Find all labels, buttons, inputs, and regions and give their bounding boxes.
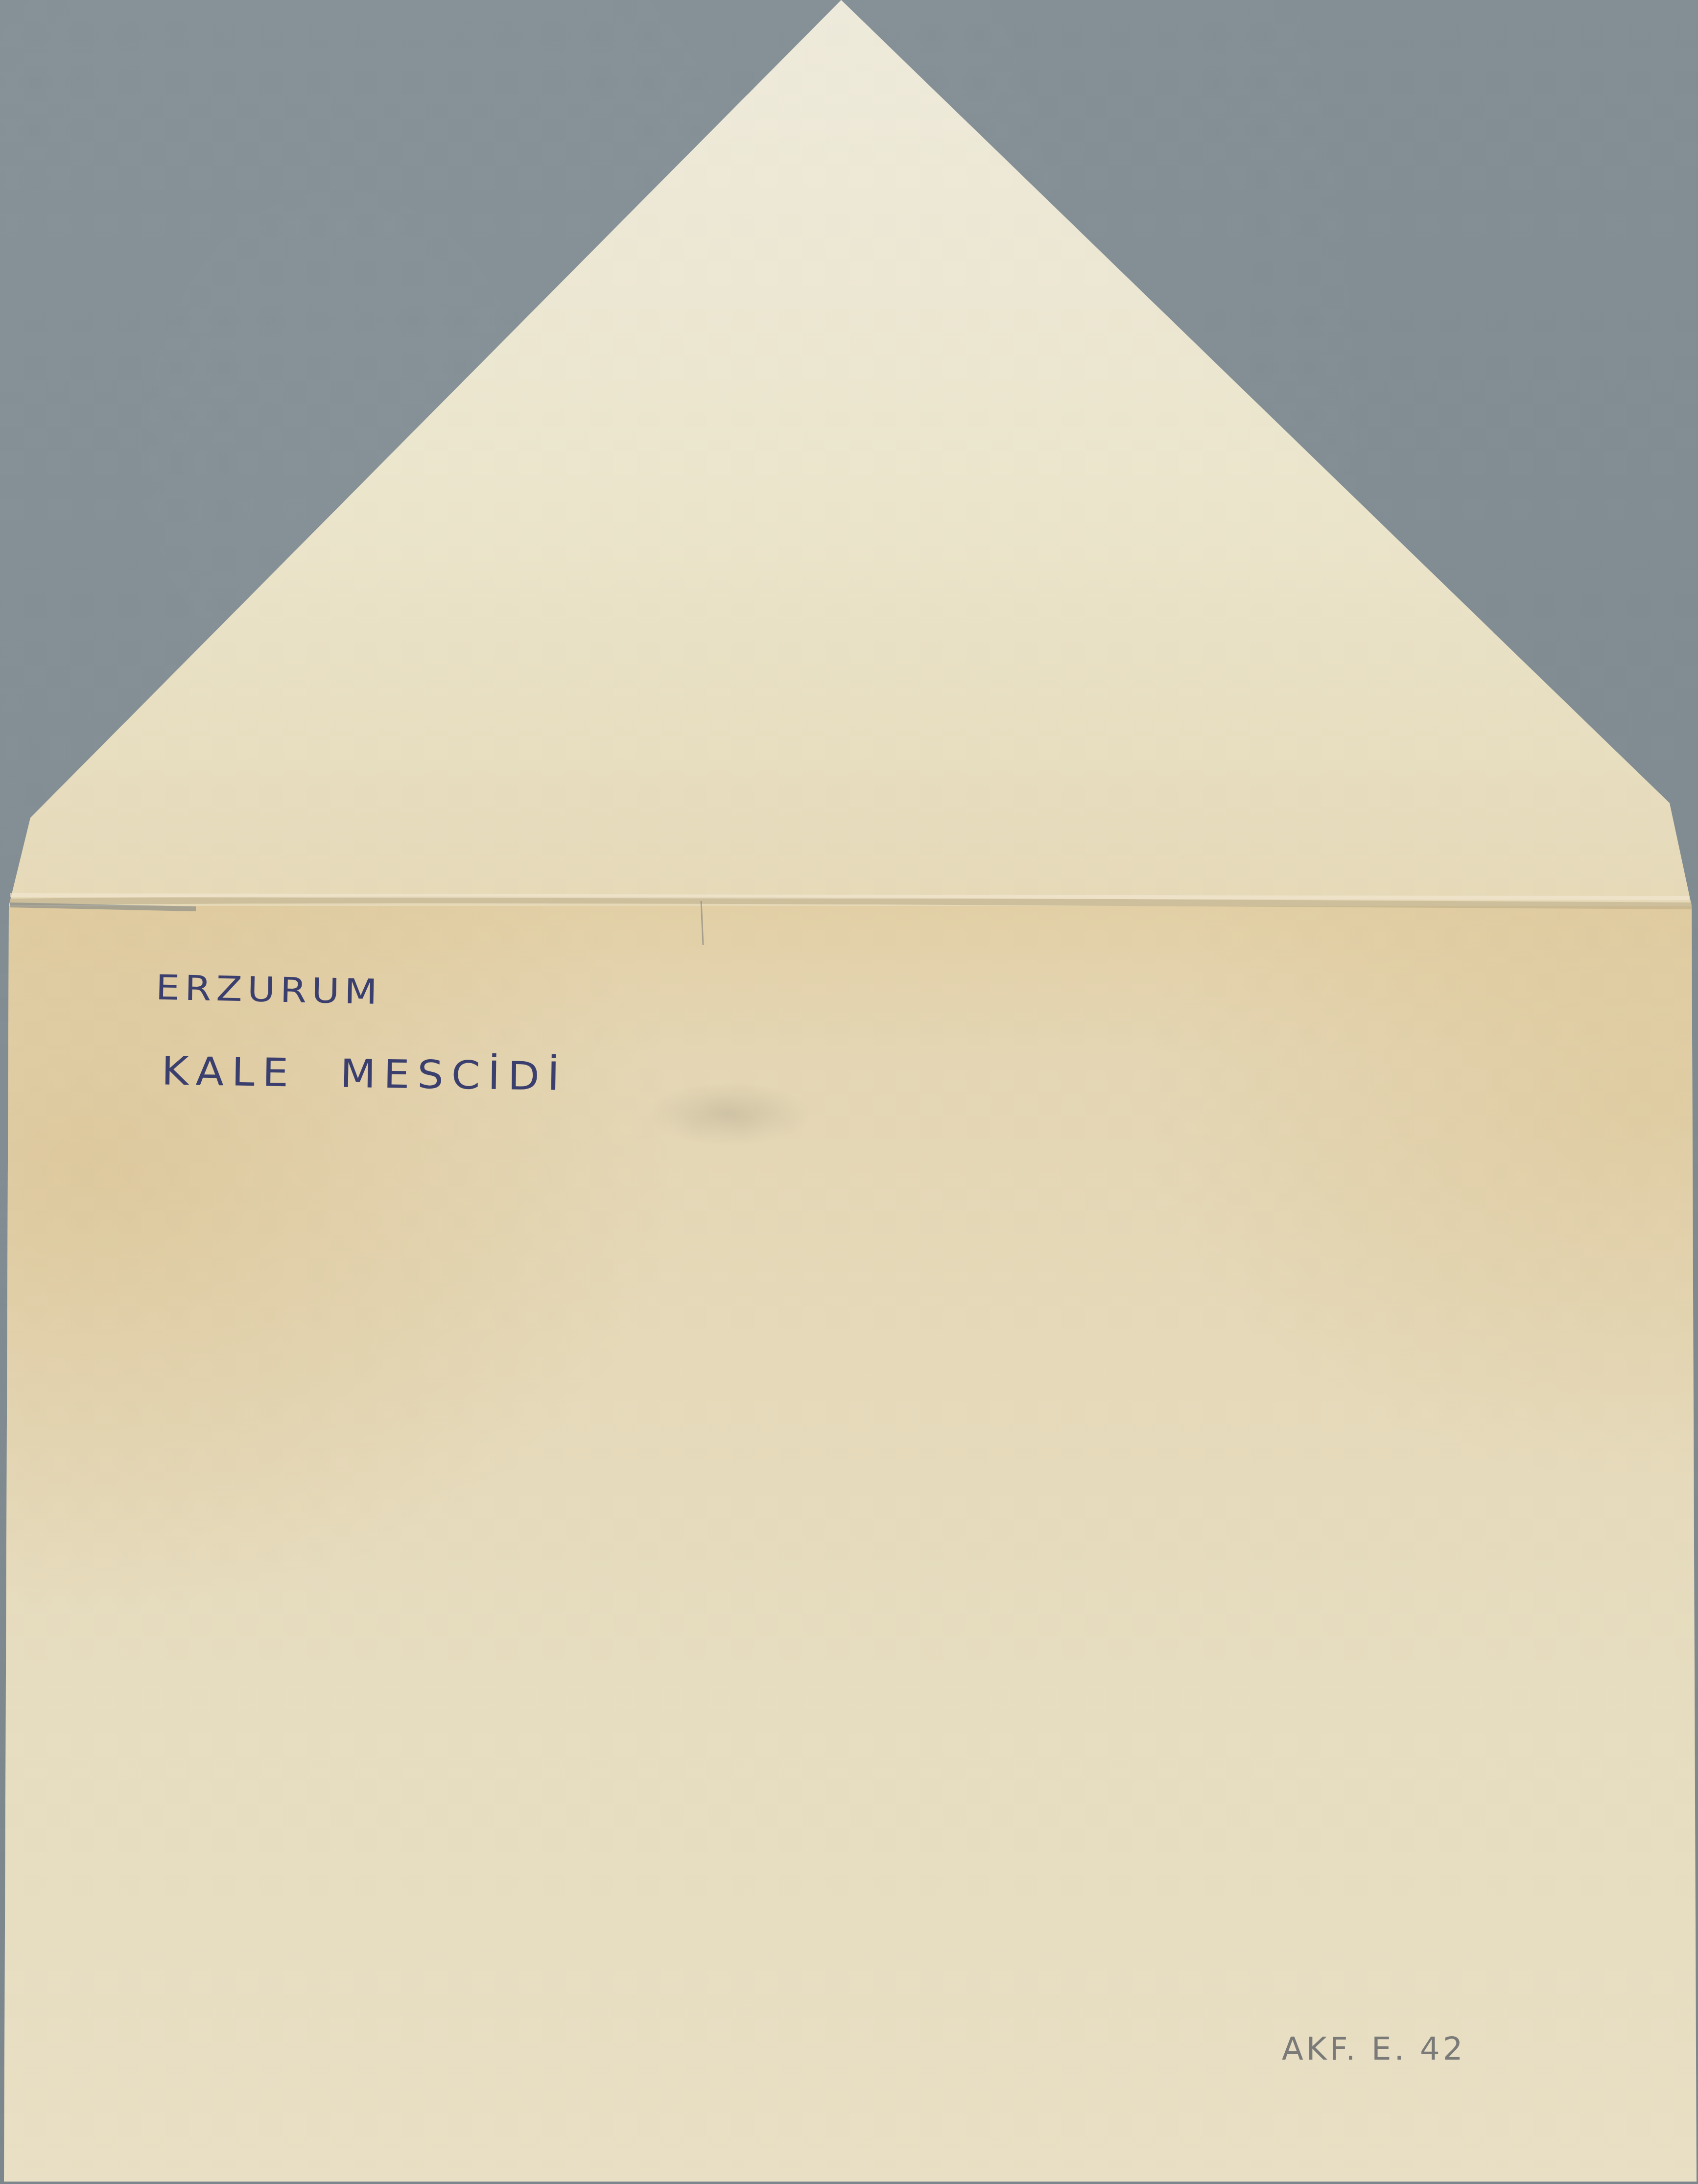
archive-reference-code: AKF. E. 42 (1282, 2031, 1466, 2067)
envelope: ERZURUM KALEMESCİDİ AKF. E. 42 (0, 0, 1698, 2184)
handwritten-title-word1: KALE (161, 1048, 296, 1095)
handwritten-location: ERZURUM (155, 968, 382, 1013)
handwritten-title-word2: MESCİDİ (340, 1051, 567, 1100)
envelope-flap (9, 0, 1692, 906)
handwritten-title: KALEMESCİDİ (161, 1048, 567, 1099)
faint-smudge (646, 1082, 813, 1146)
